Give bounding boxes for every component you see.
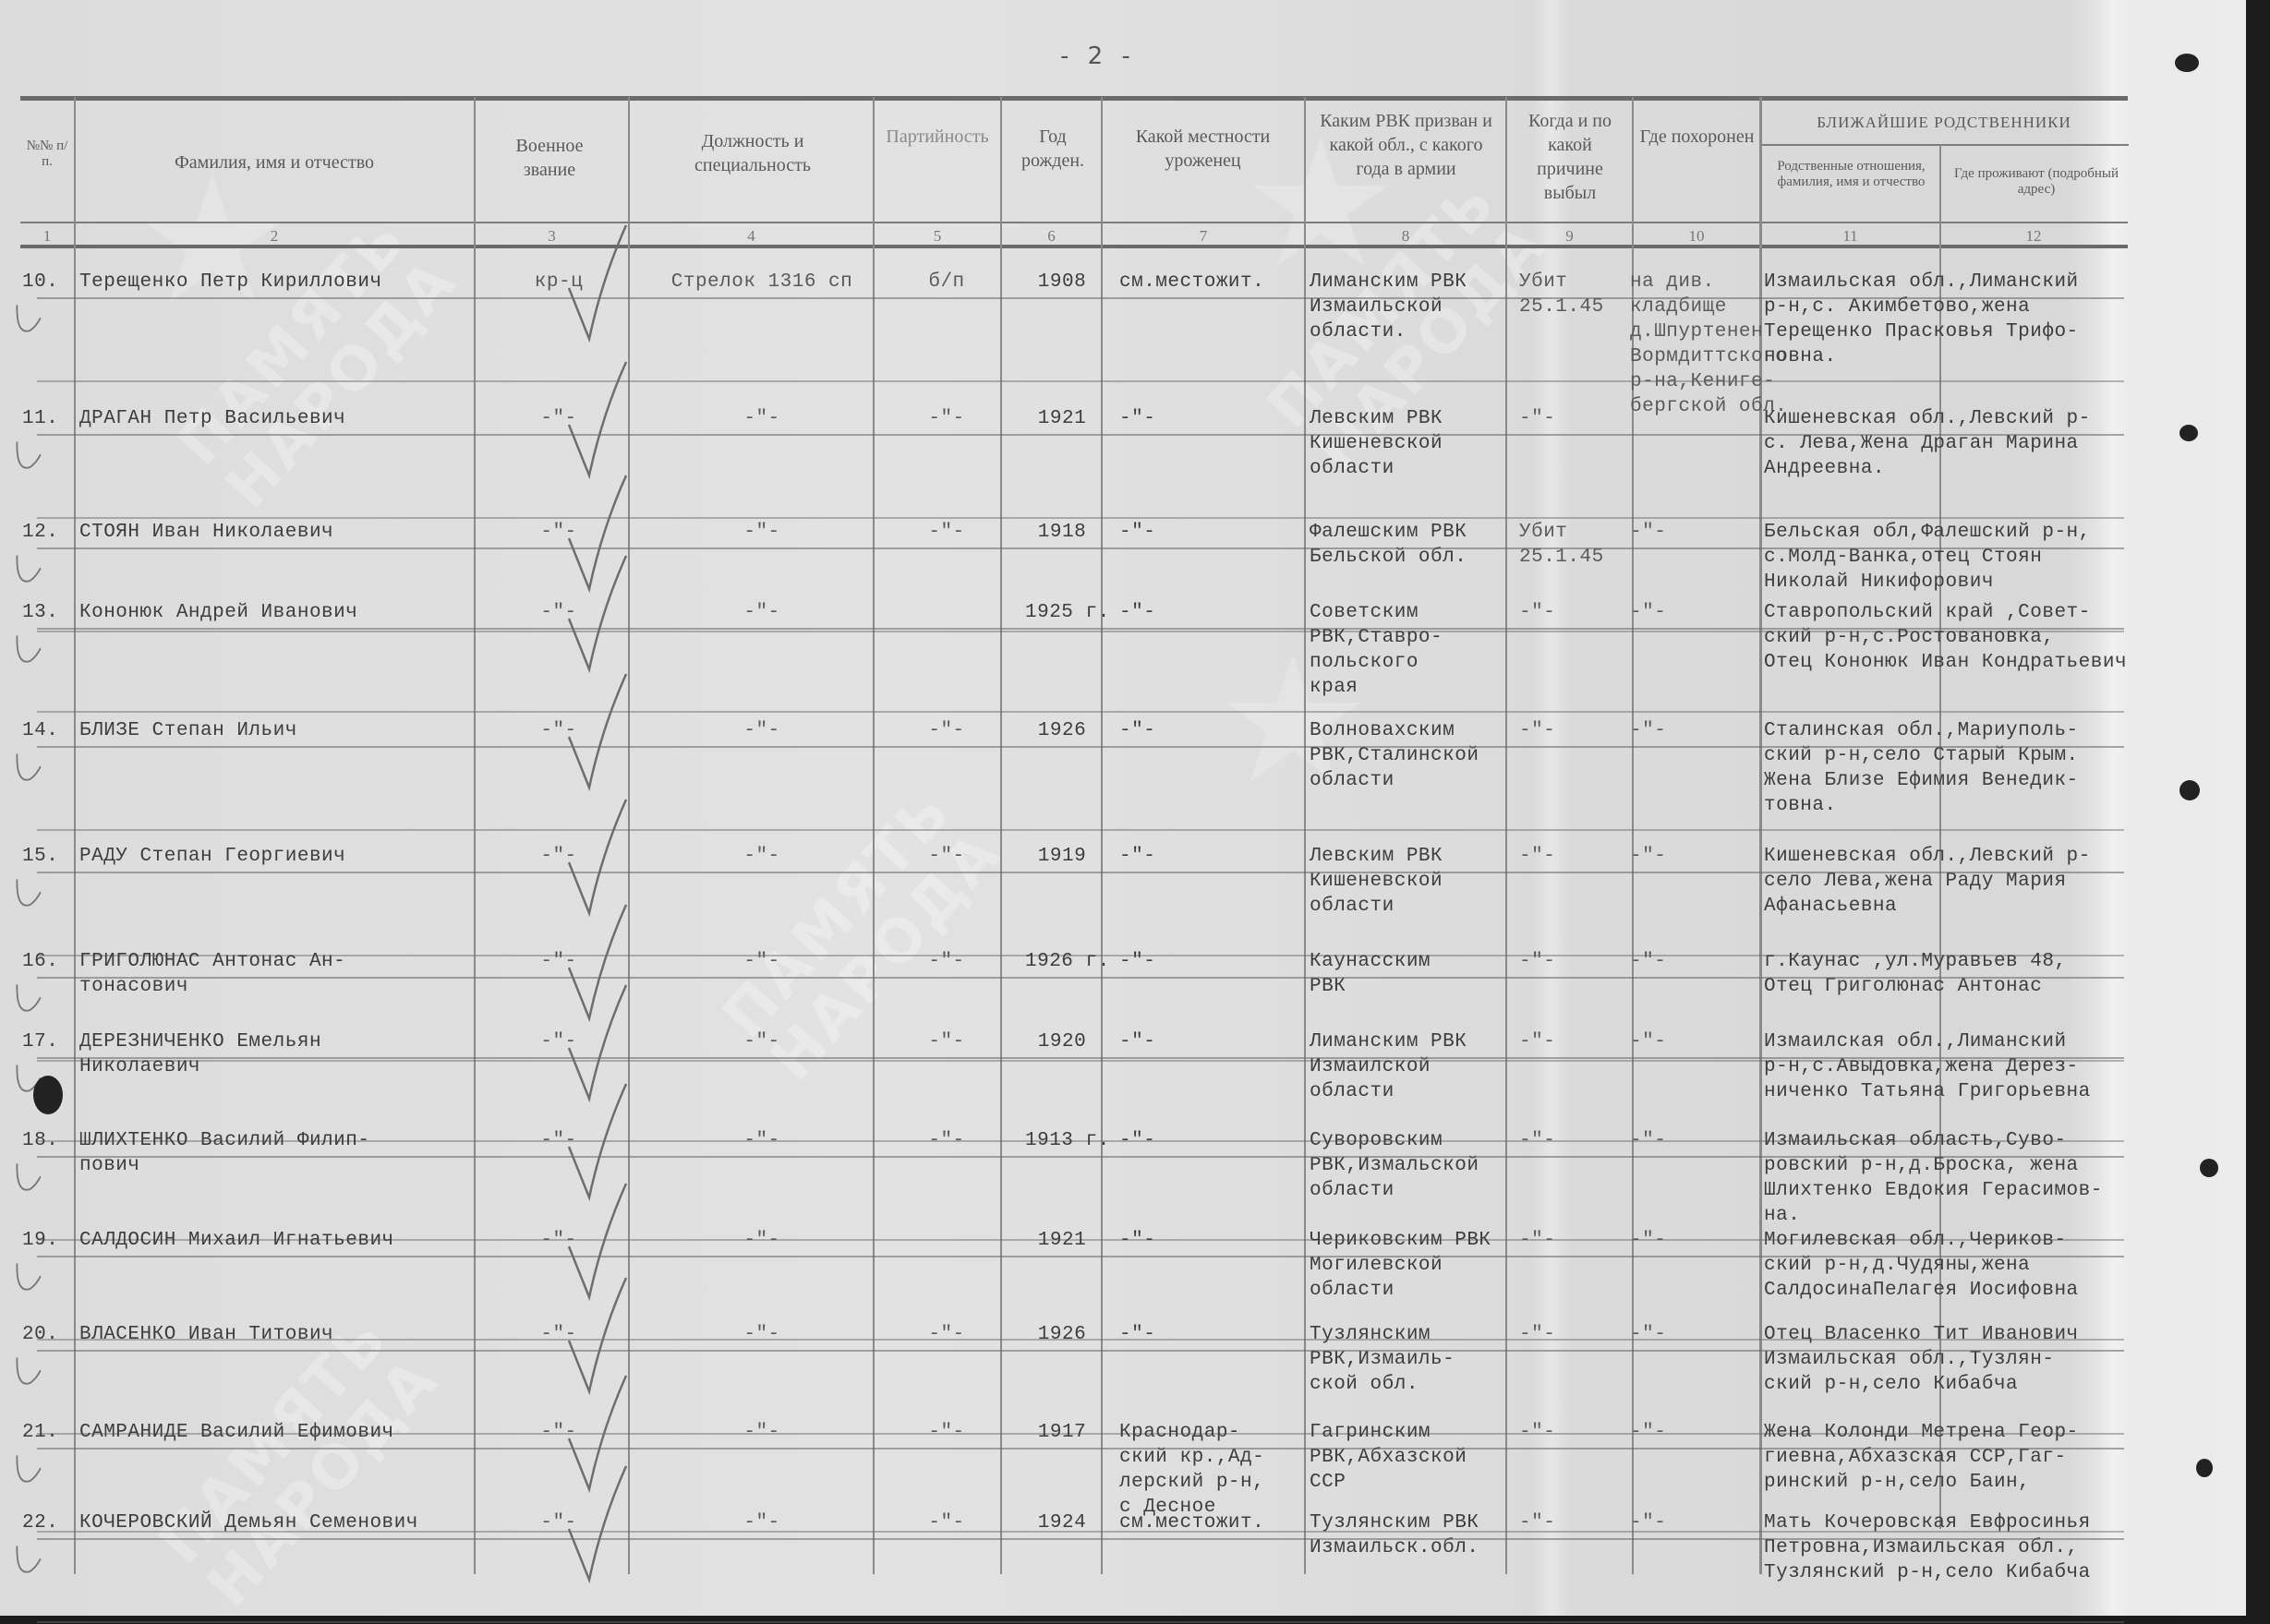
cell-rvk: Каунасским РВК (1310, 949, 1505, 999)
cell-position: -"- (656, 1228, 868, 1253)
cell-rvk: Левским РВК Кишеневской области (1310, 844, 1505, 919)
ink-blot (2175, 54, 2199, 72)
cell-rvk: Лиманским РВК Измаилской области (1310, 1029, 1505, 1104)
colnum: 7 (1103, 227, 1304, 246)
cell-relatives: Могилевская обл.,Чериков- ский р-н,д.Чуд… (1764, 1228, 2207, 1303)
cell-origin: -"- (1119, 1322, 1299, 1347)
cell-relatives: Измаильская область,Суво- ровский р-н,д.… (1764, 1128, 2207, 1228)
cell-rvk: Левским РВК Кишеневской области (1310, 406, 1505, 481)
cell-when: Убит 25.1.45 (1519, 270, 1630, 319)
cell-position: -"- (656, 600, 868, 625)
cell-relatives: Бельская обл,Фалешский р-н, с.Молд-Ванка… (1764, 520, 2207, 595)
document-page: ПАМЯТЬНАРОДА ПАМЯТЬНАРОДА ПАМЯТЬНАРОДА П… (0, 0, 2246, 1616)
cell-born: 1926 г. (1025, 949, 1099, 974)
checkmark-icon (565, 1464, 630, 1584)
cell-relatives: Жена Колонди Метрена Геор- гиевна,Абхазс… (1764, 1420, 2207, 1495)
margin-tick-icon (9, 968, 46, 1023)
cell-origin: -"- (1119, 1128, 1299, 1153)
cell-party: -"- (900, 718, 993, 743)
row-rule (37, 711, 2124, 713)
cell-name: ШЛИХТЕНКО Василий Филип- пович (79, 1128, 472, 1178)
margin-tick-icon (9, 737, 46, 792)
cell-party: -"- (900, 406, 993, 431)
checkmark-icon (565, 798, 630, 918)
cell-name: Кононюк Андрей Иванович (79, 600, 472, 625)
cell-buried: -"- (1630, 949, 1759, 974)
checkmark-icon (565, 672, 630, 792)
checkmark-icon (565, 554, 630, 674)
cell-when: -"- (1519, 1510, 1630, 1535)
cell-buried: -"- (1630, 1029, 1759, 1054)
header-col-2: Фамилия, имя и отчество (76, 150, 473, 174)
row-rule (37, 1057, 2124, 1059)
header-col-7: Какой местности уроженец (1108, 125, 1298, 173)
cell-party: б/п (900, 270, 993, 295)
cell-origin: Краснодар- ский кр.,Ад- лерский р-н, с Д… (1119, 1420, 1299, 1520)
cell-rvk: Суворовским РВК,Измальской области (1310, 1128, 1505, 1203)
cell-when: Убит 25.1.45 (1519, 520, 1630, 570)
row-rule (37, 297, 2124, 299)
column-divider (1304, 97, 1306, 1574)
cell-name: ГРИГОЛЮНАС Антонас Ан- тонасович (79, 949, 472, 999)
ink-blot (2196, 1459, 2213, 1477)
row-rule (37, 746, 2124, 748)
ink-blot (2179, 425, 2198, 441)
colnum: 8 (1306, 227, 1505, 246)
row-rule (37, 1156, 2124, 1158)
column-divider (74, 97, 76, 1574)
cell-relatives: Сталинская обл.,Мариуполь- ский р-н,село… (1764, 718, 2207, 818)
margin-tick-icon (9, 1246, 46, 1302)
row-rule (37, 1350, 2124, 1352)
margin-tick-icon (9, 1341, 46, 1396)
cell-born: 1908 (1025, 270, 1099, 295)
ink-blot (33, 1076, 63, 1114)
cell-relatives: Ставропольский край ,Совет- ский р-н,с.Р… (1764, 600, 2207, 675)
margin-tick-icon (9, 619, 46, 674)
cell-rvk: Советским РВК,Ставро- польского края (1310, 600, 1505, 700)
cell-party: -"- (900, 520, 993, 545)
column-divider (873, 97, 875, 1574)
cell-born: 1921 (1025, 1228, 1099, 1253)
row-rule (37, 1256, 2124, 1257)
cell-buried: -"- (1630, 520, 1759, 545)
cell-when: -"- (1519, 1322, 1630, 1347)
checkmark-icon (565, 223, 630, 343)
cell-buried: -"- (1630, 1322, 1759, 1347)
cell-when: -"- (1519, 600, 1630, 625)
column-divider (1505, 97, 1507, 1574)
colnum: 1 (22, 227, 72, 246)
header-bottom-rule (20, 222, 2128, 223)
cell-born: 1926 (1025, 718, 1099, 743)
cell-born: 1926 (1025, 1322, 1099, 1347)
cell-origin: -"- (1119, 718, 1299, 743)
colnum: 9 (1507, 227, 1632, 246)
cell-position: -"- (656, 1128, 868, 1153)
cell-when: -"- (1519, 1029, 1630, 1054)
margin-tick-icon (9, 288, 46, 343)
row-rule (37, 1448, 2124, 1450)
header-col-8: Каким РВК призван и какой обл., с какого… (1311, 109, 1501, 181)
header-col-3: Военное звание (499, 134, 600, 182)
cell-origin: -"- (1119, 520, 1299, 545)
cell-name: БЛИЗЕ Степан Ильич (79, 718, 472, 743)
colnum: 12 (1941, 227, 2126, 246)
cell-position: -"- (656, 1420, 868, 1445)
cell-rvk: Фалешским РВК Бельской обл. (1310, 520, 1505, 570)
cell-position: -"- (656, 949, 868, 974)
cell-party: -"- (900, 949, 993, 974)
cell-origin: -"- (1119, 600, 1299, 625)
row-rule (37, 1538, 2124, 1540)
group-rule (1759, 144, 2129, 146)
cell-when: -"- (1519, 406, 1630, 431)
cell-born: 1913 г. (1025, 1128, 1099, 1153)
column-divider (1101, 97, 1103, 1574)
cell-rvk: Чериковским РВК Могилевской области (1310, 1228, 1505, 1303)
cell-origin: см.местожит. (1119, 270, 1299, 295)
cell-when: -"- (1519, 1228, 1630, 1253)
row-rule (37, 628, 2124, 630)
cell-when: -"- (1519, 949, 1630, 974)
row-rule (37, 872, 2124, 873)
row-rule (37, 547, 2124, 549)
cell-origin: -"- (1119, 844, 1299, 869)
cell-born: 1919 (1025, 844, 1099, 869)
cell-name: СТОЯН Иван Николаевич (79, 520, 472, 545)
cell-name: ДРАГАН Петр Васильевич (79, 406, 472, 431)
colnum: 6 (1002, 227, 1101, 246)
cell-relatives: Мать Кочеровская Евфросинья Петровна,Изм… (1764, 1510, 2207, 1585)
header-col-12: Где проживают (подробный адрес) (1949, 166, 2124, 198)
cell-born: 1917 (1025, 1420, 1099, 1445)
header-top-rule (20, 96, 2128, 101)
cell-when: -"- (1519, 1128, 1630, 1153)
margin-tick-icon (9, 1438, 46, 1494)
cell-name: КОЧЕРОВСКИЙ Демьян Семенович (79, 1510, 472, 1535)
cell-rvk: Гагринским РВК,Абхазской ССР (1310, 1420, 1505, 1495)
cell-when: -"- (1519, 718, 1630, 743)
cell-position: -"- (656, 844, 868, 869)
cell-position: -"- (656, 1322, 868, 1347)
colnum: 11 (1761, 227, 1939, 246)
column-divider (474, 97, 476, 1574)
row-rule (37, 829, 2124, 831)
header-col-6: Год рожден. (1007, 125, 1099, 173)
cell-party: -"- (900, 1322, 993, 1347)
cell-buried: -"- (1630, 600, 1759, 625)
ink-blot (2179, 780, 2200, 800)
cell-relatives: Отец Власенко Тит Иванович Измаильская о… (1764, 1322, 2207, 1397)
colnum: 4 (630, 227, 873, 246)
cell-born: 1925 г. (1025, 600, 1099, 625)
cell-buried: -"- (1630, 1420, 1759, 1445)
cell-name: Терещенко Петр Кириллович (79, 270, 472, 295)
cell-rvk: Лиманским РВК Измаильской области. (1310, 270, 1505, 344)
cell-name: ДЕРЕЗНИЧЕНКО Емельян Николаевич (79, 1029, 472, 1079)
header-col-5: Партийность (882, 125, 993, 149)
watermark-text: ПАМЯТЬНАРОДА (166, 204, 469, 521)
cell-party: -"- (900, 1128, 993, 1153)
cell-buried: на див. кладбище д.Шпуртенен Вормдиттско… (1630, 270, 1759, 419)
cell-name: САЛДОСИН Михаил Игнатьевич (79, 1228, 472, 1253)
margin-tick-icon (9, 862, 46, 918)
margin-tick-icon (9, 425, 46, 480)
page-number: - 2 - (1060, 42, 1136, 70)
cell-origin: -"- (1119, 406, 1299, 431)
row-rule (37, 434, 2124, 436)
header-col-10: Где похоронен (1639, 125, 1755, 149)
header-col-11: Родственные отношения, фамилия, имя и от… (1766, 159, 1937, 190)
cell-relatives: Измаильская обл.,Лиманский р-н,с. Акимбе… (1764, 270, 2207, 369)
cell-party: -"- (900, 1510, 993, 1535)
row-rule (37, 517, 2124, 519)
colnum: 2 (76, 227, 473, 246)
cell-rvk: Волновахским РВК,Сталинской области (1310, 718, 1505, 793)
cell-origin: -"- (1119, 949, 1299, 974)
cell-rvk: Тузлянским РВК Измаильск.обл. (1310, 1510, 1505, 1560)
cell-relatives: Кишеневская обл.,Левский р- село Лева,же… (1764, 844, 2207, 919)
cell-party: -"- (900, 844, 993, 869)
cell-position: -"- (656, 718, 868, 743)
margin-tick-icon (9, 1147, 46, 1202)
cell-name: ВЛАСЕНКО Иван Титович (79, 1322, 472, 1347)
colnum: 5 (875, 227, 1000, 246)
cell-position: -"- (656, 1029, 868, 1054)
margin-tick-icon (9, 1529, 46, 1584)
cell-name: РАДУ Степан Георгиевич (79, 844, 472, 869)
row-rule (37, 1621, 2124, 1623)
cell-position: -"- (656, 1510, 868, 1535)
cell-born: 1918 (1025, 520, 1099, 545)
margin-tick-icon (9, 538, 46, 594)
cell-relatives: г.Каунас ,ул.Муравьев 48, Отец Григолюна… (1764, 949, 2207, 999)
cell-relatives: Кишеневская обл.,Левский р- с. Лева,Жена… (1764, 406, 2207, 481)
cell-position: -"- (656, 520, 868, 545)
cell-born: 1920 (1025, 1029, 1099, 1054)
cell-name: САМРАНИДЕ Василий Ефимович (79, 1420, 472, 1445)
header-group-relatives: БЛИЖАЙШИЕ РОДСТВЕННИКИ (1759, 111, 2129, 135)
column-divider (1000, 97, 1002, 1574)
cell-relatives: Измаилская обл.,Лиманский р-н,с.Авыдовка… (1764, 1029, 2207, 1104)
colnum: 10 (1634, 227, 1759, 246)
cell-party: -"- (900, 1420, 993, 1445)
cell-born: 1921 (1025, 406, 1099, 431)
cell-when: -"- (1519, 844, 1630, 869)
cell-buried: -"- (1630, 718, 1759, 743)
cell-position: -"- (656, 406, 868, 431)
row-rule (37, 977, 2124, 979)
cell-buried: -"- (1630, 1510, 1759, 1535)
cell-buried: -"- (1630, 844, 1759, 869)
cell-party: -"- (900, 1029, 993, 1054)
header-col-1: №№ п/п. (22, 138, 72, 170)
cell-origin: см.местожит. (1119, 1510, 1299, 1535)
cell-buried: -"- (1630, 1228, 1759, 1253)
header-col-4: Должность и специальность (646, 129, 859, 177)
header-col-9: Когда и по какой причине выбыл (1515, 109, 1625, 205)
checkmark-icon (565, 360, 630, 480)
row-rule (37, 380, 2124, 382)
cell-origin: -"- (1119, 1228, 1299, 1253)
ink-blot (2200, 1159, 2218, 1177)
cell-when: -"- (1519, 1420, 1630, 1445)
cell-buried: -"- (1630, 1128, 1759, 1153)
cell-origin: -"- (1119, 1029, 1299, 1054)
cell-rvk: Тузлянским РВК,Измаиль- ской обл. (1310, 1322, 1505, 1397)
column-divider (1759, 97, 1762, 1574)
cell-position: Стрелок 1316 сп (656, 270, 868, 295)
cell-born: 1924 (1025, 1510, 1099, 1535)
